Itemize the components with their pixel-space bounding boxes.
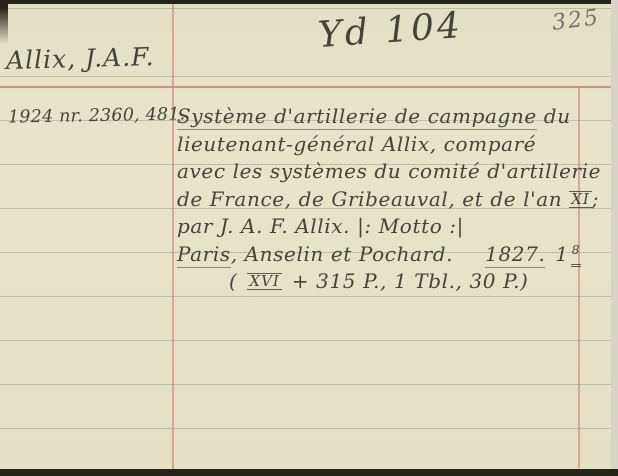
accession-number: 1924 nr. 2360, 481. xyxy=(8,104,186,127)
page-number-pencil: 325 xyxy=(551,5,602,36)
scan-edge-top xyxy=(0,0,618,4)
publication-city: Paris xyxy=(177,242,231,268)
card-top-edge-line xyxy=(0,8,618,9)
publication-year: 1827. xyxy=(485,242,545,268)
volume-count: 1 xyxy=(555,242,568,266)
title-line-4-end: ; xyxy=(592,187,599,211)
scan-edge-bottom xyxy=(0,469,618,476)
publication-line: Paris, Anselin et Pochard. 1827.18 xyxy=(177,241,591,269)
scan-edge-right xyxy=(611,0,618,476)
publisher: , Anselin et Pochard. xyxy=(231,242,453,266)
red-rule-vertical-left xyxy=(172,0,174,476)
statement-of-responsibility: par J. A. F. Allix. |: Motto :| xyxy=(177,213,591,241)
collation-pages: + 315 P., 1 Tbl., 30 P.) xyxy=(292,269,529,293)
scan-edge-left-corner xyxy=(0,0,8,44)
roman-numeral-xvi: XVI xyxy=(247,273,281,290)
title-line-4: de France, de Gribeauval, et de l'an XI; xyxy=(177,186,591,214)
title-underlined: Système d'artillerie de campagne xyxy=(177,104,537,130)
collation-line: (XVI+ 315 P., 1 Tbl., 30 P.) xyxy=(229,268,591,296)
title-line-3: avec les systèmes du comité d'artillerie xyxy=(177,158,591,186)
title-line-4-text: de France, de Gribeauval, et de l'an xyxy=(177,187,569,211)
red-rule-horizontal xyxy=(0,86,618,88)
format-octavo-superscript: 8 xyxy=(571,237,581,268)
title-tail: du xyxy=(537,104,571,128)
title-line-2: lieutenant-général Allix, comparé xyxy=(177,131,591,159)
catalog-entry: Système d'artillerie de campagne du lieu… xyxy=(177,103,591,296)
title-line-1: Système d'artillerie de campagne du xyxy=(177,103,591,131)
author-heading: Allix, J.A.F. xyxy=(6,42,155,75)
roman-numeral-an-xi: XI xyxy=(569,191,592,208)
collation-open-paren: ( xyxy=(229,269,237,293)
catalog-card: Yd 104 325 Allix, J.A.F. 1924 nr. 2360, … xyxy=(0,0,618,476)
